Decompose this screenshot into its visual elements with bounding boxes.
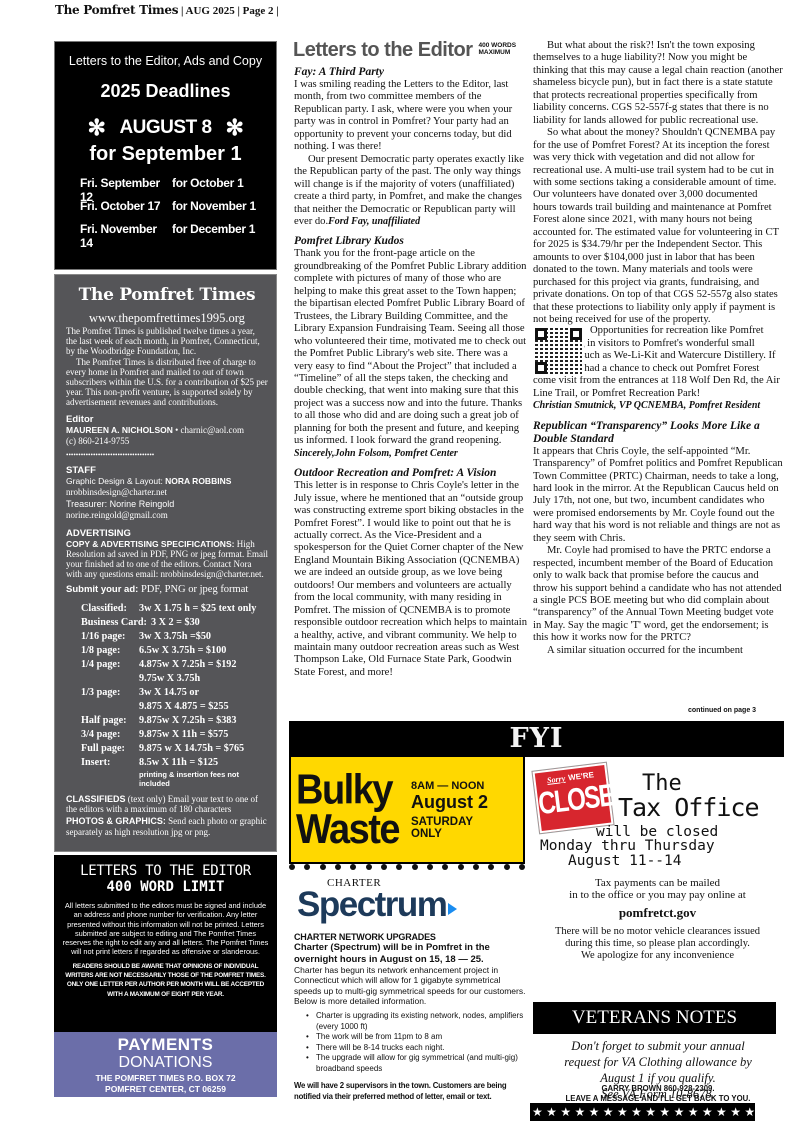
policy-title: LETTERS TO THE EDITOR [60,863,271,879]
deadline-row: Fri. October 17for November 1 [80,199,276,222]
info-para: The Pomfret Times is published twelve ti… [66,326,268,357]
rate-row: 1/3 page:3w X 14.75 or [81,686,268,700]
letter-body: A similar situation occurred for the inc… [533,645,783,657]
list-item: The work will be from 11pm to 8 am [306,1032,526,1043]
letter-title: Fay: A Third Party [294,66,528,79]
mailing-address: THE POMFRET TIMES P.O. BOX 72 POMFRET CE… [54,1073,277,1095]
letter-body: It appears that Chris Coyle, the self-ap… [533,446,783,546]
policy-body: All letters submitted to the editors mus… [60,901,271,957]
rate-row: Full page:9.875 w X 14.75h = $765 [81,742,268,756]
rate-row: Classified:3w X 1.75 h = $25 text only [81,602,268,616]
photos-label: PHOTOS & GRAPHICS: [66,816,166,826]
continued-link[interactable]: continued on page 3 [688,707,756,714]
asterisk-icon: ✻ [88,115,106,141]
veterans-header: VETERANS NOTES [533,1002,776,1034]
letter-title: Outdoor Recreation and Pomfret: A Vision [294,467,528,480]
bulky-waste-ad: BulkyWaste 8AM — NOON August 2 SATURDAYO… [289,757,525,864]
highlight-deadline: ✻ AUGUST 8 ✻ [55,115,276,141]
editor-label: Editor [66,414,268,425]
highlight-issue: for September 1 [55,143,276,166]
rate-row: 9.75w X 3.75h [81,672,268,686]
deadlines-box: Letters to the Editor, Ads and Copy 2025… [54,41,277,270]
editor-name: MAUREEN A. NICHOLSON [66,425,173,435]
editor-email[interactable]: • charnic@aol.com [175,425,244,435]
rate-row: Half page:9.875w X 7.25h = $383 [81,714,268,728]
rate-row: 1/8 page:6.5w X 3.75h = $100 [81,644,268,658]
list-item: There will be 8-14 trucks each night. [306,1043,526,1054]
treasurer: Treasurer: Norine Reingold [66,499,268,511]
designer-email[interactable]: nrobbinsdesign@charter.net [66,487,268,499]
page-masthead: The Pomfret Times | AUG 2025 | Page 2 | [55,3,279,17]
advertising-label: ADVERTISING [66,528,268,539]
rate-row: Insert:8.5w X 11h = $125 [81,756,268,770]
letter-body: Thank you for the front-page article on … [294,248,528,447]
play-arrow-icon [448,903,457,915]
list-item: The upgrade will allow for gig symmetric… [306,1053,526,1074]
rate-row: 1/4 page:4.875w X 7.25h = $192 [81,658,268,672]
asterisk-icon: ✻ [226,115,244,141]
rate-row: 9.875 X 4.875 = $255 [81,700,268,714]
issue-info: | AUG 2025 | Page 2 | [181,5,279,17]
info-para: The Pomfret Times is distributed free of… [66,357,268,408]
star-border-icon: ★★★★★★★★★★★★★★★★★★★★ [530,1103,755,1121]
policy-disclaimer: READERS SHOULD BE AWARE THAT OPINIONS OF… [60,962,271,999]
letter-signature: Christian Smutnick, VP QCNEMBA, Pomfret … [533,400,783,412]
info-title: The Pomfret Times [66,285,268,305]
list-item: Charter is upgrading its existing networ… [306,1011,526,1032]
policy-subtitle: 400 WORD LIMIT [60,879,271,895]
classifieds-label: CLASSIFIEDS [66,794,126,804]
letter-body: But what about the risk?! Isn't the town… [533,40,783,127]
tax-website-link[interactable]: pomfretct.gov [530,905,785,921]
publication-info-box: The Pomfret Times www.thepomfrettimes199… [54,274,277,852]
letters-policy-box: LETTERS TO THE EDITOR 400 WORD LIMIT All… [54,855,277,1032]
rate-row: 1/16 page:3w X 3.75h =$50 [81,630,268,644]
letter-signature: Sincerely,John Folsom, Pomfret Center [294,448,528,460]
letter-signature: Ford Fay, unaffiliated [328,216,420,227]
divider: •••••••••••••••••••••••••••••••••••• [66,451,268,459]
letter-body: This letter is in response to Chris Coyl… [294,480,528,679]
deadline-row: Fri. November 14for December 1 [80,222,276,245]
ad-rates-table: Classified:3w X 1.75 h = $25 text only B… [81,602,268,788]
rates-note: printing & insertion fees not included [139,770,268,788]
letter-body: Mr. Coyle had promised to have the PRTC … [533,545,783,645]
specs-label: COPY & ADVERTISING SPECIFICATIONS: [66,539,234,549]
fyi-banner: FYI [289,721,784,757]
website-link[interactable]: www.thepomfrettimes1995.org [66,311,268,326]
word-limit-note: 400 WORDSMAXIMUM [479,42,517,56]
treasurer-email[interactable]: norine.reingold@gmail.com [66,510,268,522]
charter-notice: CHARTER NETWORK UPGRADES Charter (Spectr… [294,932,526,1102]
veterans-contact: GARRY BROWN 860-928-2309. LEAVE A MESSAG… [533,1084,783,1104]
qr-code-icon[interactable] [533,326,584,376]
letter-title: Republican “Transparency” Looks More Lik… [533,420,783,446]
letter-title: Pomfret Library Kudos [294,235,528,248]
letters-section-header: Letters to the Editor 400 WORDSMAXIMUM [293,39,516,61]
spectrum-logo: CHARTER Spectrum [297,877,457,921]
perforation-divider [289,864,525,872]
editor-phone: (c) 860-214-9755 [66,436,268,448]
deadlines-subtitle: Letters to the Editor, Ads and Copy [55,54,276,68]
letters-column-middle: Fay: A Third Party I was smiling reading… [294,66,528,679]
section-title: Letters to the Editor [293,39,473,61]
deadlines-title: 2025 Deadlines [55,81,276,102]
letter-body: So what about the money? Shouldn't QCNEM… [533,127,783,326]
payments-box: PAYMENTS DONATIONS THE POMFRET TIMES P.O… [54,1032,277,1097]
closed-sign-icon: SorryWE'RE CLOSED [532,763,613,834]
charter-bullets: Charter is upgrading its existing networ… [306,1011,526,1074]
letter-body: Our present Democratic party operates ex… [294,154,528,229]
letters-column-right: But what about the risk?! Isn't the town… [533,40,783,657]
rate-row: Business Card:3 X 2 = $30 [81,616,268,630]
paper-name: The Pomfret Times [55,3,178,17]
deadline-list: Fri. September 12for October 1 Fri. Octo… [80,176,276,245]
deadline-row: Fri. September 12for October 1 [80,176,276,199]
staff-label: STAFF [66,465,268,476]
rate-row: 3/4 page:9.875w X 11h = $575 [81,728,268,742]
letter-body: I was smiling reading the Letters to the… [294,79,528,154]
